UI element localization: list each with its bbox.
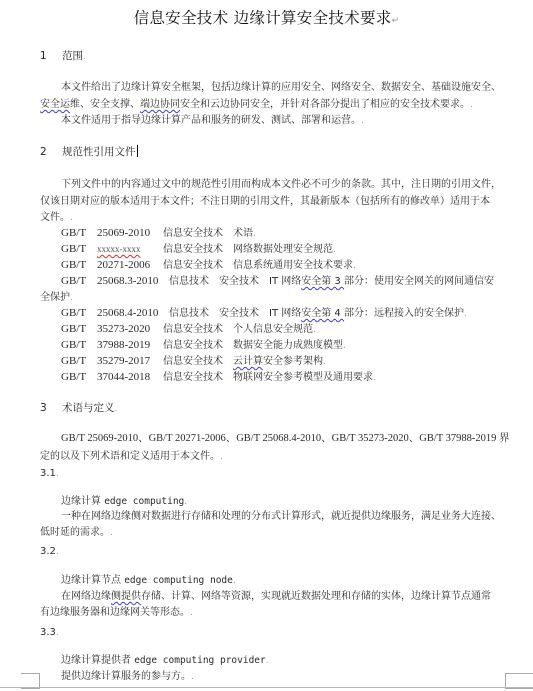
section-heading-text: 术语与定义 [62,402,115,414]
ref-code: 25069-2010 [97,227,163,239]
references-intro-line: 仅该日期对应的版本适用于本文件；不注日期的引用文件，其最新版本（包括所有的修改单… [40,192,490,207]
section-number: 1 [40,50,62,62]
ref-title: 信息安全技术 信息系统通用安全技术要求 [163,260,353,271]
ref-title: 信息安全技术 [163,356,233,367]
paragraph-mark-icon: . [253,229,256,239]
term-number: 3.1. [40,468,59,479]
ref-title: 信息技术 安全技术 IT 网络 [169,308,301,319]
ref-code: 35273-2020 [97,323,163,335]
ref-code: 37988-2019 [97,339,163,351]
section-number: 2 [40,146,62,158]
scope-paragraph-line: 本文件适用于指导边缘计算产品和服务的研发、测试、部署和运营。. [61,111,364,126]
term-en: edge computing node [124,575,233,586]
paragraph-mark-icon: . [361,116,364,126]
text-run: 有边缘服务器和边缘网关等形态。 [40,607,190,618]
text-run: 低时延的需求。 [40,527,110,538]
ref-prefix: GB/T [61,355,97,367]
reference-item: GB/T20271-2006信息安全技术 信息系统通用安全技术要求. [61,256,356,271]
paragraph-mark-icon: . [83,52,86,62]
paragraph-mark-icon: . [233,576,236,586]
reference-item-wrap: 全保护. [40,288,73,303]
text-run: 在网络边缘 [61,591,111,602]
reference-item: GB/T25068.4-2010信息技术 安全技术 IT 网络安全第 4 部分：… [61,304,467,319]
terms-intro-line: 定的以及下列术语和定义适用于本文件。. [40,447,223,462]
text-run: 提供边缘计算服务的参与方。 [61,671,191,682]
scope-paragraph-line: 本文件给出了边缘计算安全框架，包括边缘计算的应用安全、网络安全、数据安全、基础设… [61,78,501,93]
spellcheck-underline[interactable]: 安全运 [40,99,70,110]
paragraph-mark-icon: . [115,404,118,414]
ref-code: 25068.4-2010 [97,307,169,319]
ref-code-placeholder[interactable]: xxxxx-xxxx [97,244,141,254]
term-en: edge computing [104,496,184,507]
paragraph-mark-icon: . [464,309,467,319]
ref-prefix: GB/T [61,323,97,335]
term-number: 3.2. [40,546,59,557]
text-cursor [137,145,138,157]
term-heading: 边缘计算 edge computing. [61,492,187,507]
paragraph-mark-icon: . [56,628,59,638]
paragraph-mark-icon: . [56,469,59,479]
term-number: 3.3. [40,627,59,638]
ref-title: 信息安全技术 网络数据处理安全规范 [163,244,333,255]
term-heading: 边缘计算提供者 edge computing provider. [61,651,269,666]
paragraph-mark-icon: . [266,656,269,666]
spellcheck-underline[interactable]: 端边协同 [140,99,180,110]
text-run: GB/T 25069-2010、GB/T 20271-2006、GB/T 250… [61,433,510,444]
text-run: 存储、计算、网络等资源，实现就近数据处理和存储的实体，边缘计算节点通常 [141,591,491,602]
term-zh: 边缘计算 [61,496,101,507]
term-number-text: 3.1 [40,468,56,479]
spellcheck-underline[interactable]: 侧提供 [111,591,141,602]
term-definition-line: 有边缘服务器和边缘网关等形态。. [40,603,193,618]
reference-item: GB/T37044-2018信息安全技术 物联网安全参考模型及通用要求. [61,368,376,383]
ref-prefix: GB/T [61,259,97,271]
paragraph-mark-icon: . [184,497,187,507]
term-number-text: 3.2 [40,546,56,557]
text-run: 定的以及下列术语和定义适用于本文件。 [40,451,220,462]
ref-title: 信息安全技术 数据安全能力成熟度模型 [163,340,343,351]
paragraph-mark-icon: . [373,373,376,383]
ref-prefix: GB/T [61,371,97,383]
term-heading: 边缘计算节点 edge computing node. [61,571,236,586]
text-run: 维、安全支撑、 [70,99,140,110]
ref-title: 信息安全技术 物联网安全参考模型及通用要求 [163,372,373,383]
paragraph-mark-icon: . [353,261,356,271]
ref-title: 信息技术 安全技术 IT 网络 [169,276,301,287]
scope-paragraph-line: 安全运维、安全支撑、端边协同安全和云边协同安全，并针对各部分提出了相应的安全技术… [40,95,473,110]
page-bottom-divider [0,687,533,688]
ref-code: 25068.3-2010 [97,275,169,287]
text-run: 本文件适用于指导边缘计算产品和服务的研发、测试、部署和运营。 [61,115,361,126]
ref-prefix: GB/T [61,243,97,255]
section-2-heading: 2规范性引用文件 [40,144,138,159]
text-run: 文件。 [40,212,70,223]
term-number-text: 3.3 [40,627,56,638]
term-definition-line: 一种在网络边缘侧对数据进行存储和处理的分布式计算形式，就近提供边缘服务，满足业务… [61,507,501,522]
ref-code: 20271-2006 [97,259,163,271]
term-zh: 边缘计算节点 [61,575,121,586]
ref-code: 37044-2018 [97,371,163,383]
terms-intro-line: GB/T 25069-2010、GB/T 20271-2006、GB/T 250… [61,430,510,445]
paragraph-mark-icon: . [70,213,73,223]
section-number: 3 [40,402,62,414]
spellcheck-underline[interactable]: 安全第 4 [301,308,344,319]
spellcheck-underline[interactable]: 安全第 3 [301,276,344,287]
section-1-heading: 1范围. [40,48,86,63]
term-definition-line: 在网络边缘侧提供存储、计算、网络等资源，实现就近数据处理和存储的实体，边缘计算节… [61,587,491,602]
paragraph-mark-icon: . [191,672,194,682]
paragraph-mark-icon: . [343,341,346,351]
document-title: 信息安全技术 边缘计算安全技术要求↵ [0,6,533,28]
reference-item: GB/T35273-2020信息安全技术 个人信息安全规范. [61,320,316,335]
ref-title: 信息安全技术 术语 [163,228,253,239]
reference-item: GB/T37988-2019信息安全技术 数据安全能力成熟度模型. [61,336,346,351]
ref-prefix: GB/T [61,227,97,239]
paragraph-mark-icon: . [110,528,113,538]
ref-prefix: GB/T [61,339,97,351]
paragraph-mark-icon: . [56,547,59,557]
document-title-text: 信息安全技术 边缘计算安全技术要求 [134,9,392,27]
section-heading-text: 规范性引用文件 [62,146,136,158]
references-intro-line: 下列文件中的内容通过文中的规范性引用而构成本文件必不可少的条款。其中，注日期的引… [61,175,501,190]
ref-prefix: GB/T [61,307,97,319]
paragraph-mark-icon: . [323,357,326,367]
reference-item: GB/T35279-2017信息安全技术 云计算安全参考架构. [61,352,326,367]
text-run: 安全和云边协同安全，并针对各部分提出了相应的安全技术要求。 [180,99,470,110]
spellcheck-underline[interactable]: 云计算 [233,356,263,367]
term-en: edge computing provider [134,655,266,666]
paragraph-mark-icon: . [220,452,223,462]
section-heading-text: 范围 [62,50,83,62]
ref-code: 35279-2017 [97,355,163,367]
ref-title: 信息安全技术 个人信息安全规范 [163,324,313,335]
paragraph-mark-icon: . [70,293,73,303]
section-3-heading: 3术语与定义. [40,400,117,415]
paragraph-mark-icon: ↵ [392,16,400,26]
reference-item: GB/T25068.3-2010信息技术 安全技术 IT 网络安全第 3 部分：… [61,272,494,287]
paragraph-mark-icon: . [470,100,473,110]
paragraph-mark-icon: . [333,245,336,255]
ref-prefix: GB/T [61,275,97,287]
term-definition-line: 提供边缘计算服务的参与方。. [61,667,194,682]
term-definition-line: 低时延的需求。. [40,523,113,538]
document-page[interactable]: 信息安全技术 边缘计算安全技术要求↵ 1范围. 本文件给出了边缘计算安全框架，包… [0,0,533,691]
ref-title: 安全参考架构 [263,356,323,367]
term-zh: 边缘计算提供者 [61,655,131,666]
ref-title: 部分：远程接入的安全保护 [344,308,464,319]
reference-item: GB/T25069-2010信息安全技术 术语. [61,224,256,239]
paragraph-mark-icon: . [190,608,193,618]
paragraph-mark-icon: . [313,325,316,335]
references-intro-line: 文件。. [40,208,73,223]
reference-item: GB/Txxxxx-xxxx信息安全技术 网络数据处理安全规范. [61,240,336,255]
ref-title: 全保护 [40,292,70,303]
ref-title: 部分：使用安全网关的网间通信安 [344,276,494,287]
